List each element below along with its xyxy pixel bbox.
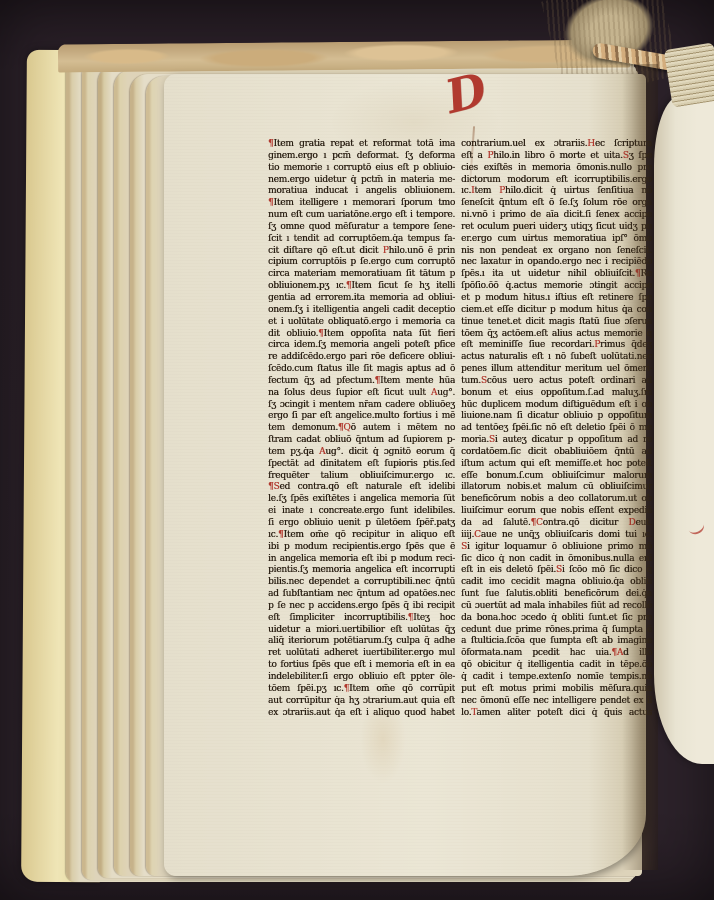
text-line: cit diſtare qō eſt.ut dicit Philo.unō ē … <box>268 246 455 258</box>
text-line: ſpectāt ad dīnitatem eſt ſupioris ptis.ſ… <box>268 459 455 471</box>
text-line: ſʒ omne quod mēſuratur a tempore ſene- <box>268 222 455 234</box>
book-photo: D ¶Item gratia repat et reformat totā im… <box>0 0 714 900</box>
text-line: circa idem.ſʒ memoria angeli poteſt pfic… <box>268 340 455 352</box>
text-line: ret uolūtati adheret iuertibiliter.ergo … <box>268 648 455 660</box>
text-line: ſcit ı tendit ad corruptōem.q̇a tempus f… <box>268 234 455 246</box>
text-line: p ſe nec p accidens.ergo ſpēs q̄ ibi rec… <box>268 601 455 613</box>
text-line: aut corrūpitur q̇a hʒ ɔtrarium.aut quia … <box>268 696 455 708</box>
text-line: ad ſubſtantiam nec q̄ntum ad opatōes.nec <box>268 589 455 601</box>
text-line: circa materiam memoratiuam ſit tātum p <box>268 269 455 281</box>
facing-page-edge-lines <box>664 42 714 107</box>
book-top-edge <box>58 40 630 73</box>
text-line: ginem.ergo ı pcm̄ deformat. ſʒ deforma <box>268 151 455 163</box>
text-line: ergo ſi par eſt angelice.multo fortius i… <box>268 411 455 423</box>
text-line: pientis.ſʒ memoria angelica eſt incorrup… <box>268 565 455 577</box>
text-line: in angelica memoria eſt ibi p modum reci… <box>268 554 455 566</box>
text-line: dit obliuio.¶Item oppoſita nata ſūt fier… <box>268 329 455 341</box>
text-column-left: ¶Item gratia repat et reformat totā imag… <box>268 139 455 721</box>
text-line: ¶Sed contra.qō eſt naturale eſt idelibi <box>268 482 455 494</box>
text-line: ſcēdo.cum ſtatus ille ſit magis aptus ad… <box>268 364 455 376</box>
text-line: na ſolus deus ſupior eſt ſicut uult Aug°… <box>268 388 455 400</box>
text-line: ¶Item gratia repat et reformat totā ima <box>268 139 455 151</box>
text-line: nem.ergo uidetur q̇ pctm̄ in materia me- <box>268 175 455 187</box>
text-line: obliuionem.pʒ ıc.¶Item ſicut ſe hʒ itell… <box>268 281 455 293</box>
text-line: tem demonum.¶Qō autem i mētem no <box>268 423 455 435</box>
text-line: num eſt cum uariatōne.ergo eſt i tempore… <box>268 210 455 222</box>
text-line: gentia ad errorem.ita memoria ad obliui- <box>268 293 455 305</box>
text-line: tem pʒ.q̇a Aug°. dicit q̇ ɔgnitō eorum q… <box>268 447 455 459</box>
text-line: to fortius ſpēs que eſt i memoria eſt in… <box>268 660 455 672</box>
text-line: le.ſʒ ſpēs exiſtētes i angelica memoria … <box>268 494 455 506</box>
text-line: tōem ſpēi.pʒ ıc.¶Item om̄e qō corrūpit̄ <box>268 684 455 696</box>
text-line: uidetur a miori.uertibilior eſt uolūtas … <box>268 625 455 637</box>
text-line: ſtram cadat obliuō q̄ntum ad ſupiorem p- <box>268 435 455 447</box>
text-line: et i uolūtate obliquatō.ergo i memoria c… <box>268 317 455 329</box>
text-line: moratiua inducat i angelis obliuionem. <box>268 186 455 198</box>
text-line: tio memorie ı corruptō eius eſt p obliui… <box>268 163 455 175</box>
facing-page-sliver <box>654 96 714 764</box>
text-line: ſi ergo obliuio uenit p ūletōem ſpēr̄.pa… <box>268 518 455 530</box>
text-line: aliq̄ iteriorum potētiarum.ſʒ culpa q̄ a… <box>268 636 455 648</box>
text-line: ſʒ ɔcingit i mentem nr̄am cadere obliuōe… <box>268 400 455 412</box>
text-line: indelebiliter.ſi ergo obliuio eſt ppter … <box>268 672 455 684</box>
gutter-shadow <box>622 64 658 870</box>
text-line: bilis.nec dependet a corruptibili.nec q̄… <box>268 577 455 589</box>
text-line: fectum q̄ʒ ad pfectum.¶Item mente hūa <box>268 376 455 388</box>
text-line: eſt ſimpliciter incorruptibilis.¶Iteʒ ho… <box>268 613 455 625</box>
text-line: ibi p modum recipientis.ergo ſpēs que ē <box>268 542 455 554</box>
text-line: ıc.¶Item om̄e qō recipitur in aliquo eſt <box>268 530 455 542</box>
text-line: cipium corruptōis p ſe.ergo cum corruptō <box>268 257 455 269</box>
text-line: ex ɔtrariis.aut q̇a eſt i aliquo quod ha… <box>268 708 455 720</box>
text-line: ei inate ı concreate.ergo ſunt idelibile… <box>268 506 455 518</box>
text-line: onem.ſʒ i itelligentia angeli cadit dece… <box>268 305 455 317</box>
text-line: frequēter talium obliuiſcimur.ergo ıc. <box>268 471 455 483</box>
text-line: ¶Item itelligere ı memorari ſporum t̄mo <box>268 198 455 210</box>
text-line: re addiſcēdo.ergo pari rōe deficere obli… <box>268 352 455 364</box>
